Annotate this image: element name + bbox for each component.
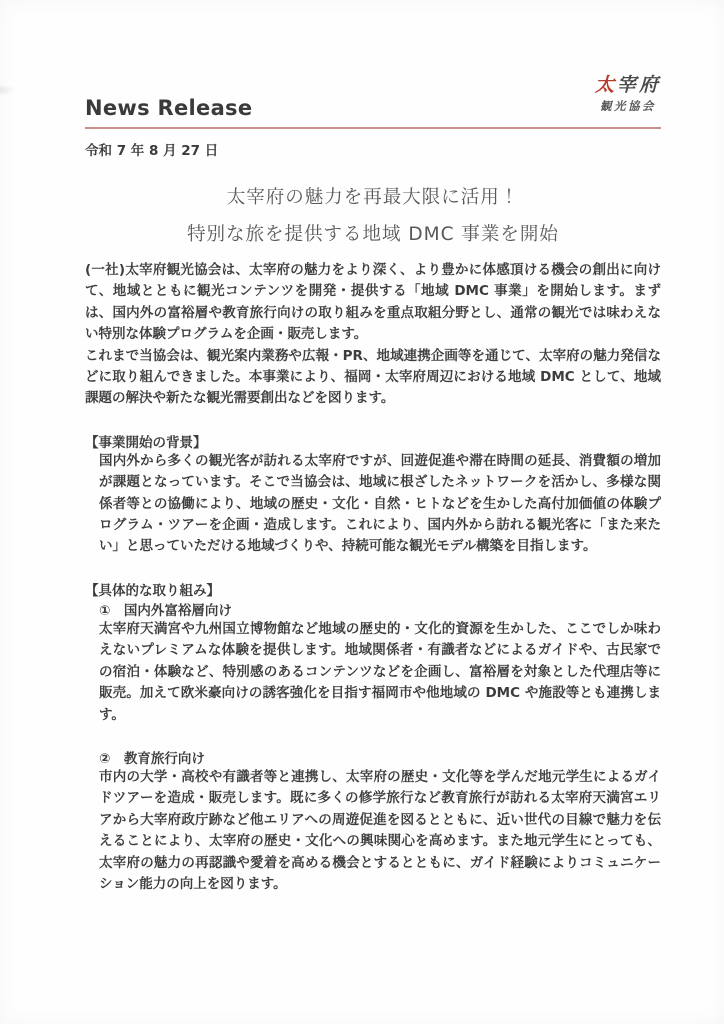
press-release-page: News Release 太宰府 観光協会 令和 7 年 8 月 27 日 太宰… — [0, 0, 724, 1024]
logo-name-rest: 宰府 — [617, 74, 661, 96]
lead-paragraph-1: (一社)太宰府観光協会は、太宰府の魅力をより深く、より豊かに体感頂ける機会の創出… — [85, 260, 661, 346]
masthead-divider-rule — [85, 127, 661, 129]
dazaifu-tourism-association-logo: 太宰府 観光協会 — [595, 74, 661, 113]
initiative-item-1-label: ① 国内外富裕層向け — [85, 599, 661, 619]
release-date: 令和 7 年 8 月 27 日 — [85, 139, 661, 159]
lead-paragraph-2: これまで当協会は、観光案内業務や広報・PR、地域連携企画等を通じて、太宰府の魅力… — [85, 346, 661, 410]
initiative-item-2-body: 市内の大学・高校や有識者等と連携し、太宰府の歴史・文化等を学んだ地元学生によるガ… — [85, 767, 661, 895]
logo-name: 太宰府 — [595, 74, 661, 98]
press-title-line-2: 特別な旅を提供する地域 DMC 事業を開始 — [85, 216, 661, 253]
section-background-body: 国内外から多くの観光客が訪れる太宰府ですが、回遊促進や滞在時間の延長、消費額の増… — [85, 451, 661, 558]
initiative-item-2-label: ② 教育旅行向け — [85, 747, 661, 767]
scan-artifact — [0, 84, 16, 96]
logo-subtitle: 観光協会 — [595, 99, 661, 113]
section-heading-initiatives: 【具体的な取り組み】 — [85, 579, 661, 599]
news-release-masthead: News Release — [85, 96, 661, 120]
page-content: News Release 太宰府 観光協会 令和 7 年 8 月 27 日 太宰… — [85, 0, 661, 895]
logo-name-accent-char: 太 — [595, 74, 617, 96]
initiative-item-1-body: 太宰府天満宮や九州国立博物館など地域の歴史的・文化的資源を生かした、ここでしか味… — [85, 619, 661, 726]
section-heading-background: 【事業開始の背景】 — [85, 431, 661, 451]
lead-paragraphs: (一社)太宰府観光協会は、太宰府の魅力をより深く、より豊かに体感頂ける機会の創出… — [85, 260, 661, 410]
press-title: 太宰府の魅力を再最大限に活用！ 特別な旅を提供する地域 DMC 事業を開始 — [85, 179, 661, 253]
press-title-line-1: 太宰府の魅力を再最大限に活用！ — [85, 179, 661, 216]
